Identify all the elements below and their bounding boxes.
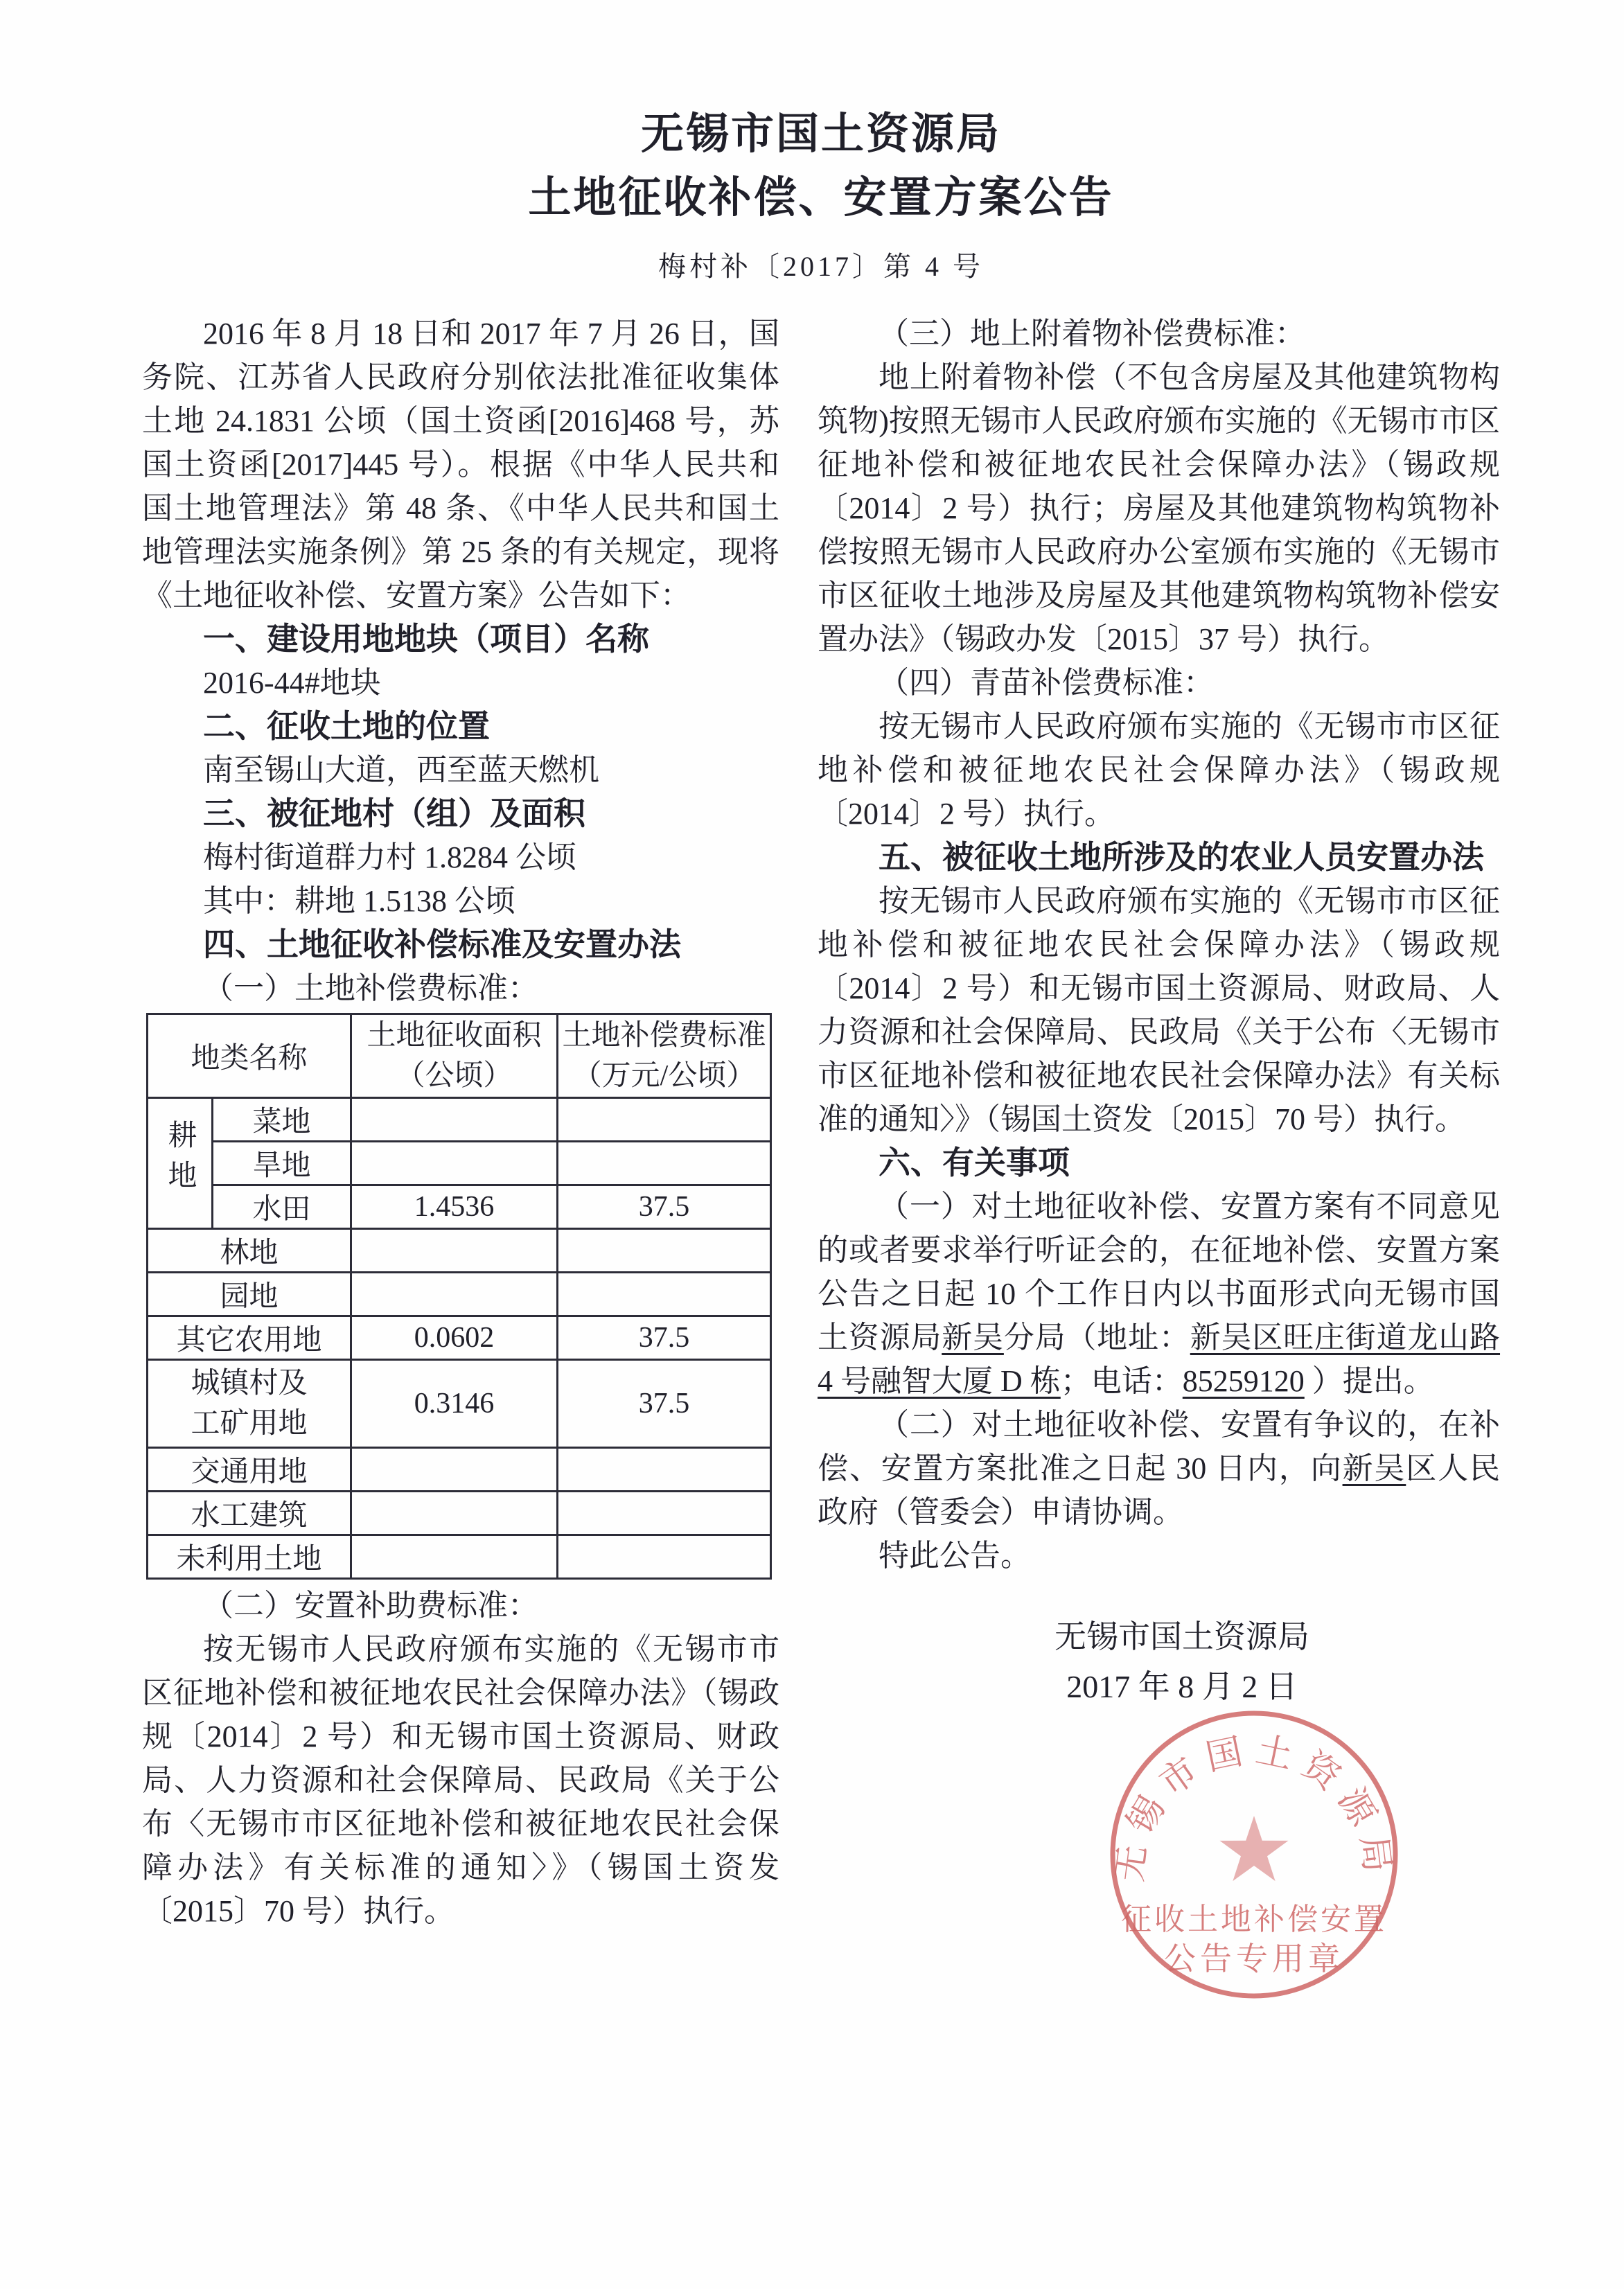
cell-rate [558, 1098, 771, 1142]
subsection-4-body: 按无锡市人民政府颁布实施的《无锡市市区征地补偿和被征地农民社会保障办法》（锡政规… [818, 705, 1500, 836]
subsection-3-body: 地上附着物补偿（不包含房屋及其他建筑物构筑物)按照无锡市人民政府颁布实施的《无锡… [818, 355, 1500, 661]
table-row: 交通用地 [148, 1448, 771, 1492]
two-column-body: 2016 年 8 月 18 日和 2017 年 7 月 26 日，国务院、江苏省… [142, 312, 1500, 1933]
section-3-line-1: 梅村街道群力村 1.8284 公顷 [142, 836, 779, 879]
section-1-heading: 一、建设用地地块（项目）名称 [142, 617, 779, 661]
item2-underline-district: 新吴 [1343, 1451, 1406, 1485]
cell-area [351, 1229, 558, 1273]
subsection-1-heading: （一）土地补偿费标准： [142, 966, 779, 1010]
cell-area [351, 1142, 558, 1185]
item1-segment-4: ）提出。 [1305, 1364, 1434, 1398]
cell-label: 其它农用地 [148, 1316, 351, 1360]
document-title: 无锡市国土资源局 土地征收补偿、安置方案公告 [142, 103, 1500, 230]
header-area-line1: 土地征收面积 [352, 1016, 556, 1056]
subsection-3-heading: （三）地上附着物补偿费标准： [818, 312, 1500, 355]
signature-block: 无锡市国土资源局 2017 年 8 月 2 日 [939, 1612, 1424, 1712]
cell-label-line1: 城镇村及 [148, 1363, 350, 1404]
cell-rate [558, 1448, 771, 1492]
cell-rate [558, 1142, 771, 1185]
signature-organization: 无锡市国土资源局 [939, 1612, 1424, 1662]
table-row: 城镇村及工矿用地 0.3146 37.5 [148, 1360, 771, 1448]
cell-area [351, 1448, 558, 1492]
table-row: 旱地 [148, 1142, 771, 1185]
title-line-1: 无锡市国土资源局 [142, 103, 1500, 166]
subsection-4-heading: （四）青苗补偿费标准： [818, 661, 1500, 705]
table-row: 园地 [148, 1273, 771, 1316]
cell-area [351, 1098, 558, 1142]
cell-label: 水田 [213, 1185, 351, 1229]
cell-area: 0.3146 [351, 1360, 558, 1448]
item1-underline-phone: 85259120 [1183, 1364, 1305, 1398]
cell-area: 1.4536 [351, 1185, 558, 1229]
header-area: 土地征收面积（公顷） [351, 1014, 558, 1098]
header-rate: 土地补偿费标准（万元/公顷） [558, 1014, 771, 1098]
cell-label: 园地 [148, 1273, 351, 1316]
document-content: 无锡市国土资源局 土地征收补偿、安置方案公告 梅村补〔2017〕第 4 号 20… [142, 0, 1500, 1933]
cell-rate: 37.5 [558, 1185, 771, 1229]
closing-line: 特此公告。 [818, 1534, 1500, 1577]
header-rate-line1: 土地补偿费标准 [558, 1016, 770, 1056]
cell-label: 城镇村及工矿用地 [148, 1360, 351, 1448]
section-3-heading: 三、被征地村（组）及面积 [142, 792, 779, 836]
section-2-body: 南至锡山大道，西至蓝天燃机 [142, 748, 779, 792]
cell-label: 未利用土地 [148, 1535, 351, 1579]
table-row: 未利用土地 [148, 1535, 771, 1579]
table-header-row: 地类名称 土地征收面积（公顷） 土地补偿费标准（万元/公顷） [148, 1014, 771, 1098]
section-5-heading: 五、被征收土地所涉及的农业人员安置办法 [818, 836, 1500, 879]
compensation-table: 地类名称 土地征收面积（公顷） 土地补偿费标准（万元/公顷） 耕地 菜地 旱地 [146, 1013, 772, 1580]
item1-segment-2: 分局（地址： [1004, 1320, 1190, 1354]
subsection-2-body: 按无锡市人民政府颁布实施的《无锡市市区征地补偿和被征地农民社会保障办法》（锡政规… [142, 1627, 779, 1933]
notice-item-2: （二）对土地征收补偿、安置有争议的，在补偿、安置方案批准之日起 30 日内，向新… [818, 1403, 1500, 1534]
signature-date: 2017 年 8 月 2 日 [939, 1662, 1424, 1712]
section-4-heading: 四、土地征收补偿标准及安置办法 [142, 923, 779, 966]
subsection-2-heading: （二）安置补助费标准： [142, 1584, 779, 1627]
section-3-line-2: 其中：耕地 1.5138 公顷 [142, 879, 779, 923]
document-number: 梅村补〔2017〕第 4 号 [142, 249, 1500, 284]
cell-label: 林地 [148, 1229, 351, 1273]
cell-rate: 37.5 [558, 1360, 771, 1448]
cell-label: 水工建筑 [148, 1492, 351, 1535]
item1-underline-branch: 新吴 [942, 1320, 1004, 1354]
table-row: 水工建筑 [148, 1492, 771, 1535]
header-land-category: 地类名称 [148, 1014, 351, 1098]
header-area-line2: （公顷） [352, 1056, 556, 1096]
section-5-body: 按无锡市人民政府颁布实施的《无锡市市区征地补偿和被征地农民社会保障办法》（锡政规… [818, 879, 1500, 1141]
cell-rate [558, 1492, 771, 1535]
cell-area [351, 1535, 558, 1579]
cell-label: 菜地 [213, 1098, 351, 1142]
right-column: （三）地上附着物补偿费标准： 地上附着物补偿（不包含房屋及其他建筑物构筑物)按照… [818, 312, 1500, 1933]
title-line-2: 土地征收补偿、安置方案公告 [142, 166, 1500, 230]
group-label-cell: 耕地 [148, 1098, 213, 1229]
cell-rate [558, 1273, 771, 1316]
seal-center-line-2: 公告专用章 [1164, 1941, 1344, 1977]
section-2-heading: 二、征收土地的位置 [142, 705, 779, 748]
cell-area [351, 1273, 558, 1316]
cell-rate [558, 1535, 771, 1579]
cell-area [351, 1492, 558, 1535]
cell-rate: 37.5 [558, 1316, 771, 1360]
cell-label: 旱地 [213, 1142, 351, 1185]
table-row: 水田 1.4536 37.5 [148, 1185, 771, 1229]
notice-item-1: （一）对土地征收补偿、安置方案有不同意见的或者要求举行听证会的，在征地补偿、安置… [818, 1185, 1500, 1403]
table-row: 林地 [148, 1229, 771, 1273]
cell-area: 0.0602 [351, 1316, 558, 1360]
section-1-body: 2016-44#地块 [142, 661, 779, 705]
section-6-heading: 六、有关事项 [818, 1141, 1500, 1185]
cell-label-line2: 工矿用地 [148, 1404, 350, 1444]
cell-rate [558, 1229, 771, 1273]
item1-segment-3: ；电话： [1061, 1364, 1183, 1398]
table-row: 其它农用地 0.0602 37.5 [148, 1316, 771, 1360]
cell-label: 交通用地 [148, 1448, 351, 1492]
group-label: 耕地 [159, 1120, 201, 1200]
document-sheet: 无锡市国土资源局 土地征收补偿、安置方案公告 梅村补〔2017〕第 4 号 20… [0, 0, 1624, 2289]
left-column: 2016 年 8 月 18 日和 2017 年 7 月 26 日，国务院、江苏省… [142, 312, 779, 1933]
intro-paragraph: 2016 年 8 月 18 日和 2017 年 7 月 26 日，国务院、江苏省… [142, 312, 779, 617]
table-row: 耕地 菜地 [148, 1098, 771, 1142]
header-rate-line2: （万元/公顷） [558, 1056, 770, 1096]
